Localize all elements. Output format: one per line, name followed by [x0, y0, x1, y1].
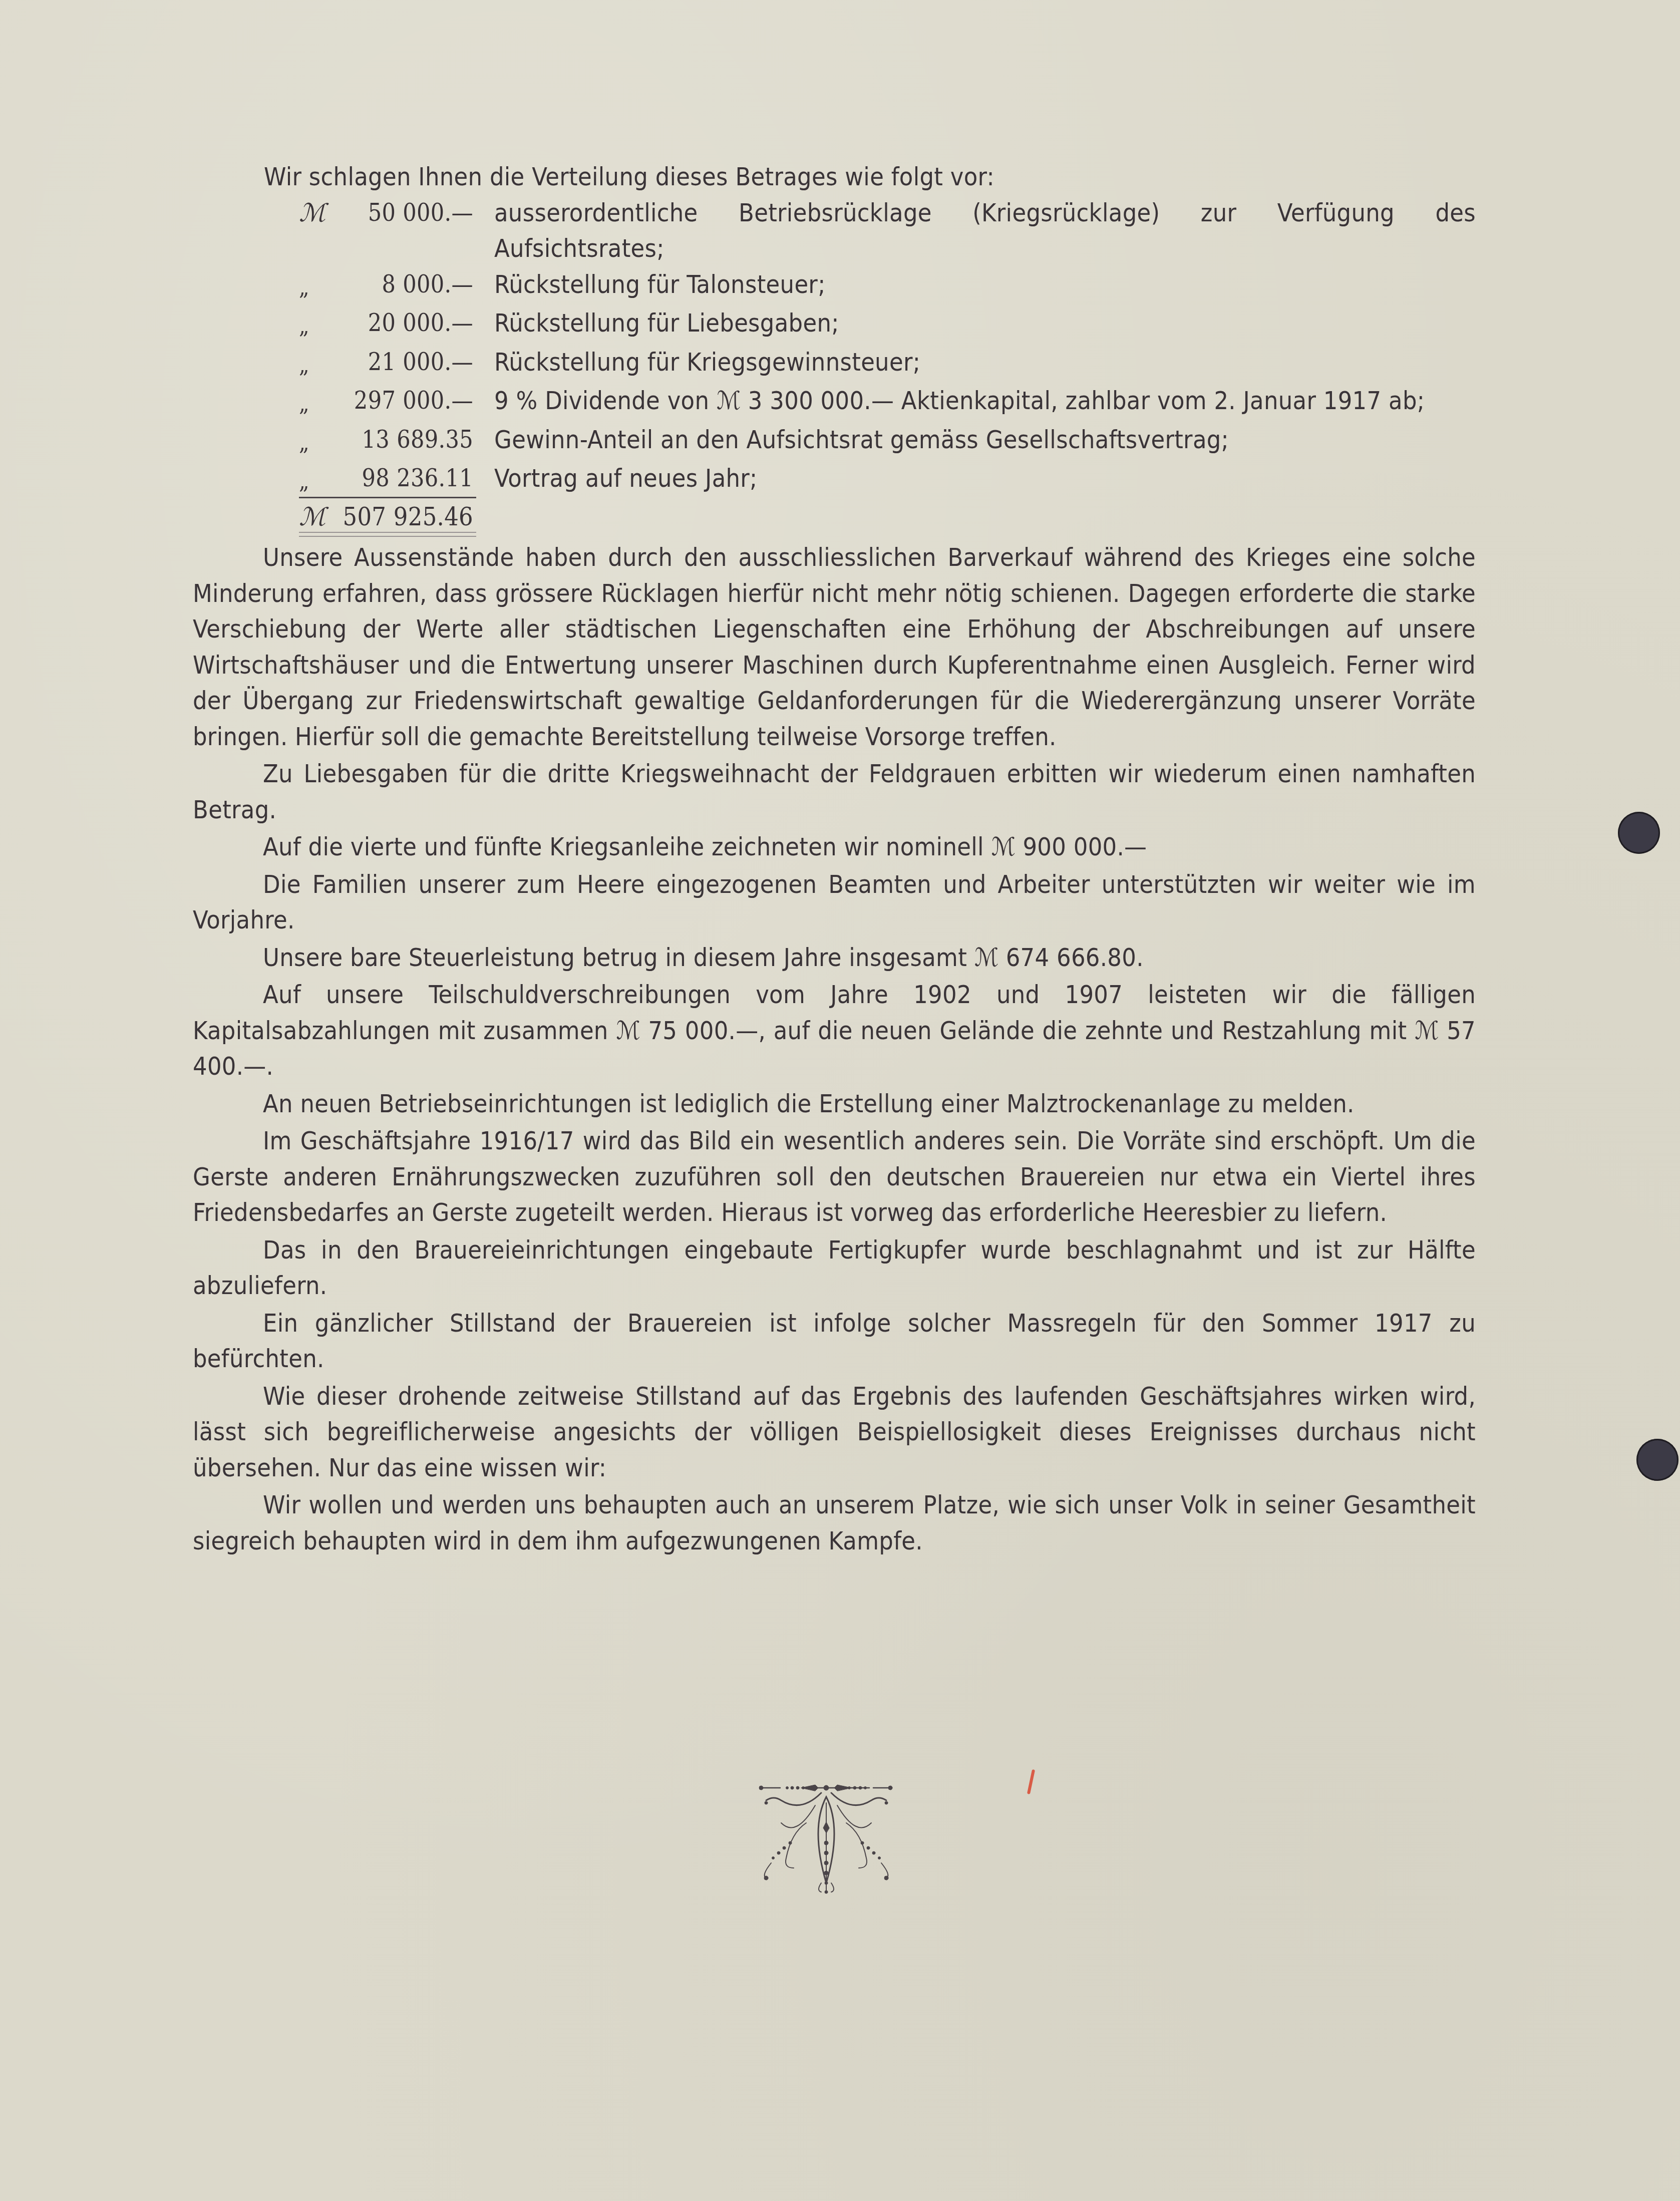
- allocation-total-row: ℳ 507 925.46: [299, 499, 1476, 535]
- ditto-mark: „: [299, 267, 329, 306]
- ditto-mark: „: [299, 305, 329, 345]
- paragraph: An neuen Betriebseinrichtungen ist ledig…: [193, 1086, 1476, 1122]
- allocation-row: „ 21 000.— Rückstellung für Kriegsgewinn…: [299, 345, 1476, 384]
- allocation-amount: 50 000.—: [329, 195, 473, 231]
- allocation-description: Rückstellung für Kriegsgewinnsteuer;: [473, 345, 1476, 381]
- allocation-amount: 13 689.35: [329, 422, 473, 458]
- paragraph: Auf unsere Teilschuldverschreibungen vom…: [193, 977, 1476, 1085]
- allocation-description: Gewinn-Anteil an den Aufsichtsrat gemäss…: [473, 422, 1476, 458]
- paragraph: Unsere bare Steuerleistung betrug in die…: [193, 940, 1476, 976]
- allocation-row: „ 20 000.— Rückstellung für Liebesgaben;: [299, 305, 1476, 345]
- punch-hole-icon: [1618, 812, 1660, 854]
- paragraph: Das in den Brauereieinrichtungen eingeba…: [193, 1232, 1476, 1304]
- paragraph: Im Geschäftsjahre 1916/17 wird das Bild …: [193, 1123, 1476, 1231]
- red-pencil-mark: [1027, 1769, 1035, 1794]
- allocation-description: Rückstellung für Liebesgaben;: [473, 305, 1476, 342]
- ditto-mark: „: [299, 345, 329, 384]
- allocation-row: „ 297 000.— 9 % Dividende von ℳ 3 300 00…: [299, 383, 1476, 422]
- paragraph: Wir wollen und werden uns behaupten auch…: [193, 1487, 1476, 1559]
- paragraph: Die Familien unserer zum Heere eingezoge…: [193, 867, 1476, 938]
- floral-ornament-icon: [751, 1778, 901, 1898]
- document-page: Wir schlagen Ihnen die Verteilung dieses…: [0, 0, 1680, 2201]
- allocation-amount: 20 000.—: [329, 305, 473, 342]
- allocation-row: „ 13 689.35 Gewinn-Anteil an den Aufsich…: [299, 422, 1476, 461]
- mark-currency-symbol: ℳ: [299, 195, 329, 231]
- allocation-description: Rückstellung für Talonsteuer;: [473, 267, 1476, 303]
- document-body: Wir schlagen Ihnen die Verteilung dieses…: [193, 159, 1476, 1560]
- allocation-total-amount: 507 925.46: [329, 499, 473, 535]
- allocation-amount: 98 236.11: [329, 461, 473, 497]
- allocation-description: ausserordentliche Betriebsrücklage (Krie…: [473, 195, 1476, 267]
- paragraph: Unsere Aussenstände haben durch den auss…: [193, 540, 1476, 755]
- total-double-rule: [299, 532, 476, 537]
- allocation-amount: 297 000.—: [329, 383, 473, 419]
- allocation-amount: 8 000.—: [329, 267, 473, 303]
- allocation-row: „ 98 236.11 Vortrag auf neues Jahr;: [299, 461, 1476, 500]
- allocation-row: „ 8 000.— Rückstellung für Talonsteuer;: [299, 267, 1476, 306]
- ditto-mark: „: [299, 383, 329, 422]
- punch-hole-icon: [1636, 1439, 1678, 1481]
- allocation-description: Vortrag auf neues Jahr;: [473, 461, 1476, 497]
- intro-line: Wir schlagen Ihnen die Verteilung dieses…: [264, 159, 1476, 195]
- paragraph: Wie dieser drohende zeitweise Stillstand…: [193, 1379, 1476, 1486]
- paragraph: Zu Liebesgaben für die dritte Kriegsweih…: [193, 756, 1476, 828]
- ditto-mark: „: [299, 422, 329, 461]
- paragraph: Auf die vierte und fünfte Kriegsanleihe …: [193, 829, 1476, 865]
- paragraph: Ein gänzlicher Stillstand der Brauereien…: [193, 1306, 1476, 1377]
- allocation-row: ℳ 50 000.— ausserordentliche Betriebsrüc…: [299, 195, 1476, 267]
- ditto-mark: „: [299, 461, 329, 500]
- mark-currency-symbol: ℳ: [299, 499, 329, 535]
- allocation-description: 9 % Dividende von ℳ 3 300 000.— Aktienka…: [473, 383, 1476, 419]
- allocation-list: ℳ 50 000.— ausserordentliche Betriebsrüc…: [299, 195, 1476, 537]
- allocation-amount: 21 000.—: [329, 345, 473, 381]
